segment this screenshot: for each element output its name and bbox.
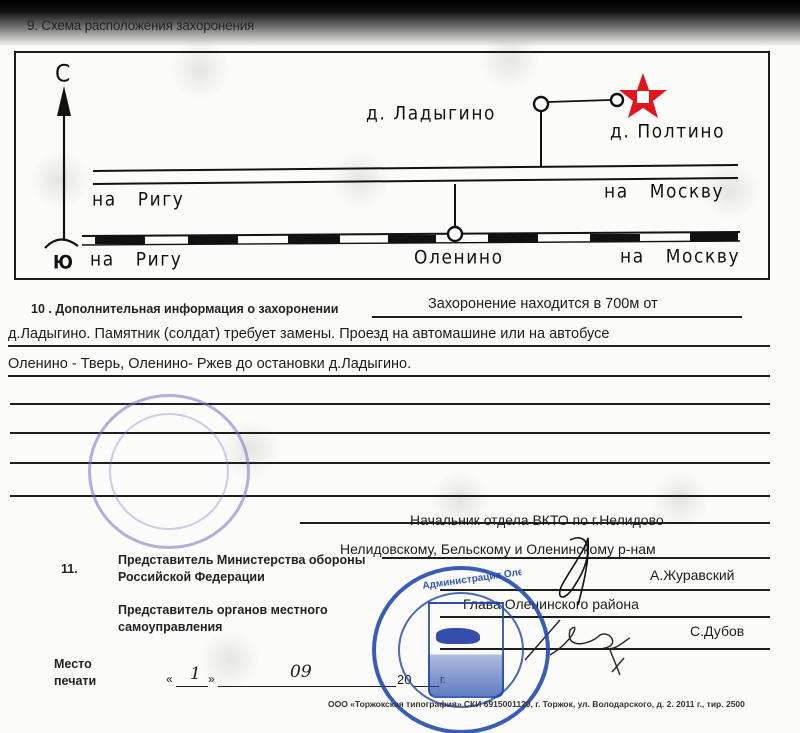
section-10-label: 10 . Дополнительная информация о захорон… <box>31 302 338 316</box>
date-day: 1 <box>190 664 201 684</box>
info-line-3: Оленино - Тверь, Оленино- Ржев до остано… <box>8 356 411 372</box>
station-olenino-icon <box>448 227 462 241</box>
village-poltino-label: д. Полтино <box>610 121 725 143</box>
stamp-ring-text: Администрация Оленинского района Тверско… <box>422 567 523 592</box>
rule <box>372 316 742 318</box>
rule <box>8 375 770 377</box>
village-poltino-icon <box>611 94 623 106</box>
rule <box>8 345 770 347</box>
info-line-2: д.Ладыгино. Памятник (солдат) требует за… <box>8 326 609 342</box>
rule <box>218 686 396 687</box>
north-label: С <box>55 61 72 88</box>
date-open-quote: « <box>166 672 173 686</box>
chief-title-line-1: Начальник отдела ВКТО по г.Нелидово <box>410 512 664 528</box>
chief-name: А.Журавский <box>650 567 734 583</box>
mod-rep-line-2: Российской Федерации <box>118 570 265 584</box>
place-of-seal-line-1: Место <box>54 657 92 671</box>
mod-rep-line-1: Представитель Министерства обороны <box>118 553 365 567</box>
section-11-number: 11. <box>61 562 78 576</box>
head-name: С.Дубов <box>690 623 744 639</box>
date-month: 09 <box>290 662 312 682</box>
village-ladygino-label: д. Ладыгино <box>366 103 496 125</box>
rule <box>300 522 770 524</box>
rule <box>176 686 208 687</box>
local-rep-line-1: Представитель органов местного <box>118 603 328 617</box>
village-ladygino-icon <box>534 97 548 111</box>
info-line-1: Захоронение находится в 700м от <box>428 296 658 312</box>
purple-stamp <box>88 394 250 549</box>
coat-of-arms-elk-icon <box>436 628 480 644</box>
red-star-icon <box>619 73 667 118</box>
printer-imprint: ООО «Торжокская типография» СКИ 69150011… <box>328 699 745 709</box>
date-close-quote: » <box>208 672 215 686</box>
rail-to-moscow-label: на Москву <box>620 246 740 268</box>
road-to-riga-label: на Ригу <box>92 189 184 211</box>
rail-to-riga-label: на Ригу <box>90 249 182 271</box>
local-rep-line-2: самоуправления <box>118 620 222 634</box>
signature-zhuravsky <box>540 530 630 610</box>
north-arrow-icon <box>57 86 71 116</box>
place-of-seal-line-2: печати <box>54 674 96 688</box>
south-label: Ю <box>53 252 75 274</box>
road-to-moscow-label: на Москву <box>604 181 724 203</box>
rule <box>10 403 770 405</box>
station-olenino-label: Оленино <box>414 247 504 269</box>
